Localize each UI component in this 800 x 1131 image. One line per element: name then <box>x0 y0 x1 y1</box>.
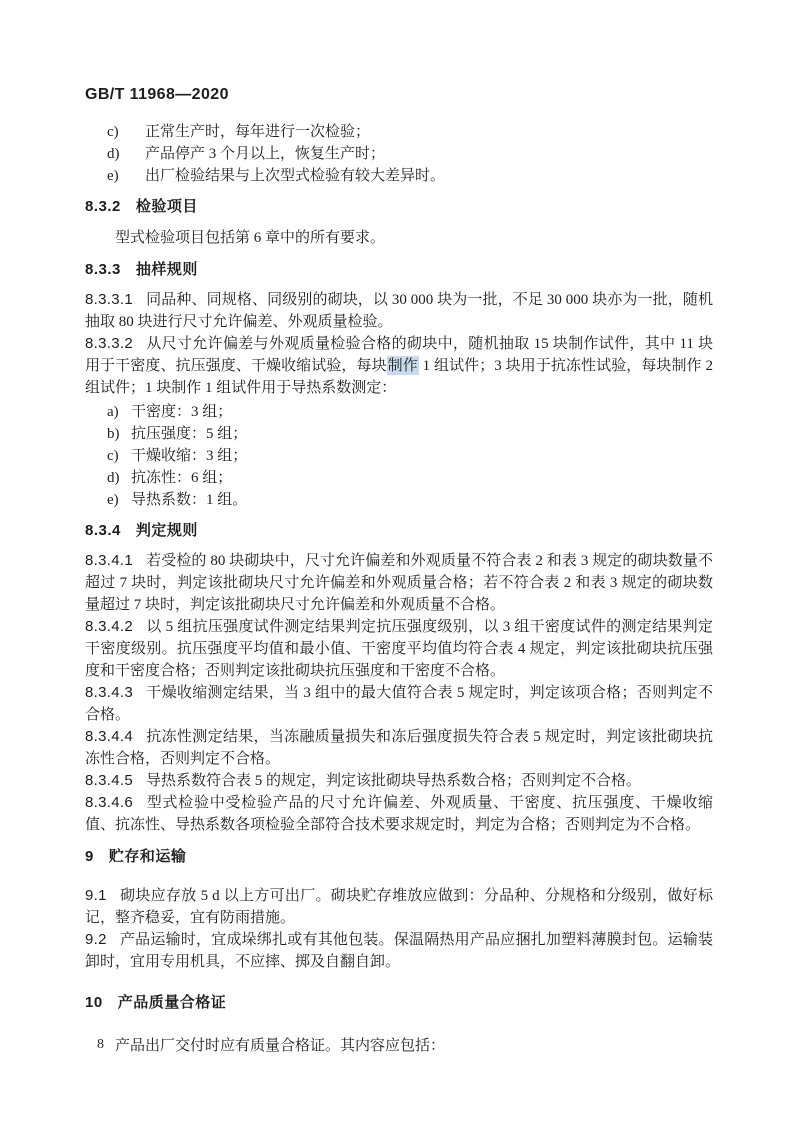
list-item-text: 出厂检验结果与上次型式检验有较大差异时。 <box>145 168 445 184</box>
document-page: GB/T 11968—2020 c) 正常生产时，每年进行一次检验； d) 产品… <box>0 0 800 1131</box>
section-title: 判定规则 <box>136 522 198 539</box>
list-item-text: 干燥收缩：3 组； <box>131 448 247 464</box>
clause-8-3-4-1: 8.3.4.1若受检的 80 块砌块中，尺寸允许偏差和外观质量不符合表 2 和表… <box>85 550 713 616</box>
clause-number: 8.3.3.2 <box>85 335 133 352</box>
clause-text: 同品种、同规格、同级别的砌块，以 30 000 块为一批，不足 30 000 块… <box>85 292 713 330</box>
clause-8-3-4-4: 8.3.4.4抗冻性测定结果，当冻融质量损失和冻后强度损失符合表 5 规定时，判… <box>85 726 713 770</box>
section-title: 抽样规则 <box>136 261 198 278</box>
list-item: e) 出厂检验结果与上次型式检验有较大差异时。 <box>85 165 713 187</box>
list-item-text: 导热系数：1 组。 <box>131 492 247 508</box>
list-item: d) 产品停产 3 个月以上，恢复生产时； <box>85 143 713 165</box>
section-heading-8-3-4: 8.3.4判定规则 <box>85 520 713 542</box>
clause-number: 8.3.4.3 <box>85 684 133 701</box>
list-item: b) 抗压强度：5 组； <box>85 423 713 445</box>
clause-8-3-4-6: 8.3.4.6型式检验中受检验产品的尺寸允许偏差、外观质量、干密度、抗压强度、干… <box>85 792 713 836</box>
section-title: 贮存和运输 <box>109 848 187 865</box>
clause-text: 以 5 组抗压强度试件测定结果判定抗压强度级别，以 3 组干密度试件的测定结果判… <box>85 619 713 679</box>
list-item-text: 干密度：3 组； <box>131 404 232 420</box>
list-item-marker: a) <box>107 401 119 423</box>
section-heading-10: 10产品质量合格证 <box>85 992 713 1014</box>
page-number: 8 <box>97 1037 104 1053</box>
clause-8-3-4-5: 8.3.4.5导热系数符合表 5 的规定，判定该批砌块导热系数合格；否则判定不合… <box>85 770 713 792</box>
list-item-text: 产品停产 3 个月以上，恢复生产时； <box>145 146 385 162</box>
list-item-marker: e) <box>107 489 119 511</box>
clause-number: 8.3.4.5 <box>85 772 133 789</box>
list-item: c) 正常生产时，每年进行一次检验； <box>85 121 713 143</box>
paragraph-8-3-2: 型式检验项目包括第 6 章中的所有要求。 <box>85 227 713 249</box>
list-item: d) 抗冻性：6 组； <box>85 467 713 489</box>
doc-number-header: GB/T 11968—2020 <box>85 84 713 106</box>
clause-number: 9.1 <box>85 887 107 904</box>
clause-text: 砌块应存放 5 d 以上方可出厂。砌块贮存堆放应做到：分品种、分规格和分级别，做… <box>85 888 713 926</box>
list-item-marker: d) <box>107 143 120 165</box>
clause-number: 8.3.4.1 <box>85 552 133 569</box>
clause-text: 抗冻性测定结果，当冻融质量损失和冻后强度损失符合表 5 规定时，判定该批砌块抗冻… <box>85 729 713 767</box>
section-number: 8.3.2 <box>85 198 121 215</box>
clause-number: 8.3.4.2 <box>85 618 133 635</box>
list-item-marker: c) <box>107 121 119 143</box>
section-number: 8.3.3 <box>85 261 121 278</box>
highlight-mark: 制作 <box>387 356 419 375</box>
list-item-text: 正常生产时，每年进行一次检验； <box>145 124 370 140</box>
type-inspection-condition-list: c) 正常生产时，每年进行一次检验； d) 产品停产 3 个月以上，恢复生产时；… <box>85 121 713 187</box>
clause-8-3-3-1: 8.3.3.1同品种、同规格、同级别的砌块，以 30 000 块为一批，不足 3… <box>85 289 713 333</box>
clause-text: 干燥收缩测定结果，当 3 组中的最大值符合表 5 规定时，判定该项合格；否则判定… <box>85 685 713 723</box>
clause-8-3-4-3: 8.3.4.3干燥收缩测定结果，当 3 组中的最大值符合表 5 规定时，判定该项… <box>85 682 713 726</box>
section-number: 9 <box>85 848 94 865</box>
list-item-text: 抗压强度：5 组； <box>131 426 247 442</box>
clause-number: 9.2 <box>85 931 107 948</box>
list-item-text: 抗冻性：6 组； <box>131 470 232 486</box>
list-item-marker: d) <box>107 467 120 489</box>
section-heading-9: 9贮存和运输 <box>85 846 713 868</box>
clause-text: 产品运输时，宜成垛绑扎或有其他包装。保温隔热用产品应捆扎加塑料薄膜封包。运输装卸… <box>85 932 713 970</box>
section-heading-8-3-2: 8.3.2检验项目 <box>85 196 713 218</box>
clause-number: 8.3.4.6 <box>85 794 133 811</box>
clause-8-3-4-2: 8.3.4.2以 5 组抗压强度试件测定结果判定抗压强度级别，以 3 组干密度试… <box>85 616 713 682</box>
clause-9-1: 9.1砌块应存放 5 d 以上方可出厂。砌块贮存堆放应做到：分品种、分规格和分级… <box>85 885 713 929</box>
clause-text: 导热系数符合表 5 的规定，判定该批砌块导热系数合格；否则判定不合格。 <box>146 773 641 789</box>
clause-8-3-3-2: 8.3.3.2从尺寸允许偏差与外观质量检验合格的砌块中，随机抽取 15 块制作试… <box>85 333 713 399</box>
section-heading-8-3-3: 8.3.3抽样规则 <box>85 259 713 281</box>
list-item-marker: e) <box>107 165 119 187</box>
list-item: a) 干密度：3 组； <box>85 401 713 423</box>
clause-text: 若受检的 80 块砌块中，尺寸允许偏差和外观质量不符合表 2 和表 3 规定的砌… <box>85 553 713 613</box>
clause-number: 8.3.4.4 <box>85 728 133 745</box>
list-item: c) 干燥收缩：3 组； <box>85 445 713 467</box>
section-title: 检验项目 <box>136 198 198 215</box>
clause-text: 型式检验中受检验产品的尺寸允许偏差、外观质量、干密度、抗压强度、干燥收缩值、抗冻… <box>85 795 713 833</box>
clause-number: 8.3.3.1 <box>85 291 133 308</box>
page-content: GB/T 11968—2020 c) 正常生产时，每年进行一次检验； d) 产品… <box>85 84 713 1057</box>
section-title: 产品质量合格证 <box>118 994 227 1011</box>
specimen-group-list: a) 干密度：3 组； b) 抗压强度：5 组； c) 干燥收缩：3 组； d)… <box>85 401 713 511</box>
list-item-marker: c) <box>107 445 119 467</box>
section-number: 8.3.4 <box>85 522 121 539</box>
section-number: 10 <box>85 994 103 1011</box>
clause-9-2: 9.2产品运输时，宜成垛绑扎或有其他包装。保温隔热用产品应捆扎加塑料薄膜封包。运… <box>85 929 713 973</box>
list-item: e) 导热系数：1 组。 <box>85 489 713 511</box>
paragraph-10: 产品出厂交付时应有质量合格证。其内容应包括： <box>85 1035 713 1057</box>
list-item-marker: b) <box>107 423 120 445</box>
